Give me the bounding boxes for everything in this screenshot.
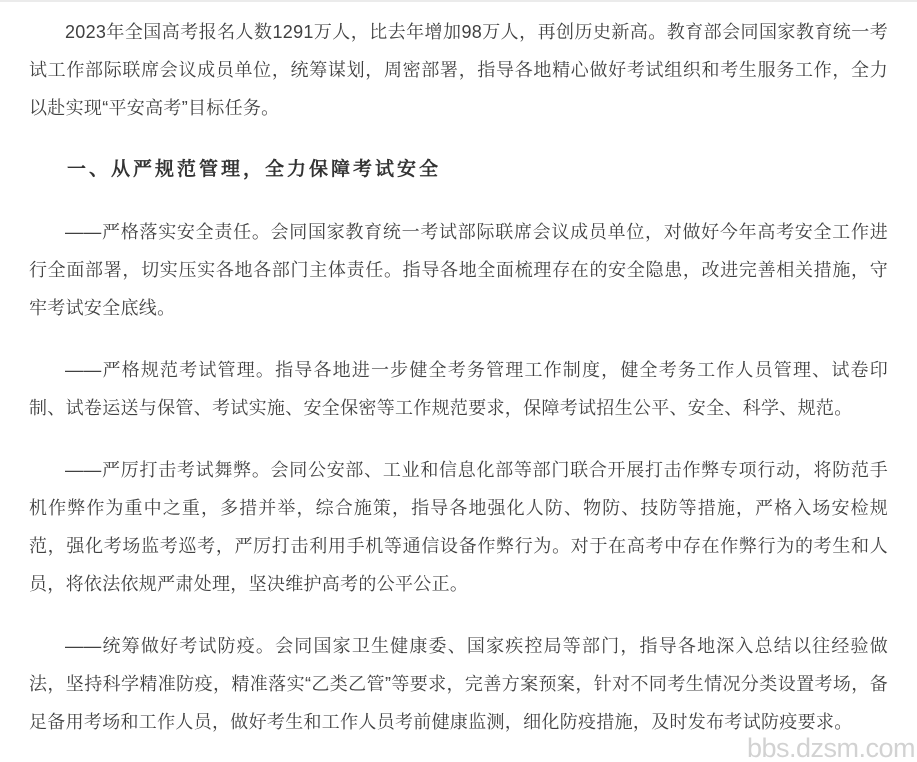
article-page: 2023年全国高考报名人数1291万人，比去年增加98万人，再创历史新高。教育部… [0,0,917,762]
section-heading: 一、从严规范管理，全力保障考试安全 [29,151,888,189]
paragraph-safety-responsibility: ——严格落实安全责任。会同国家教育统一考试部际联席会议成员单位，对做好今年高考安… [29,213,888,327]
paragraph-exam-management: ——严格规范考试管理。指导各地进一步健全考务管理工作制度，健全考务工作人员管理、… [29,351,888,427]
paragraph-intro: 2023年全国高考报名人数1291万人，比去年增加98万人，再创历史新高。教育部… [29,13,888,127]
paragraph-anti-cheating: ——严厉打击考试舞弊。会同公安部、工业和信息化部等部门联合开展打击作弊专项行动，… [29,451,888,603]
paragraph-epidemic-prevention: ——统筹做好考试防疫。会同国家卫生健康委、国家疾控局等部门，指导各地深入总结以往… [29,627,888,741]
